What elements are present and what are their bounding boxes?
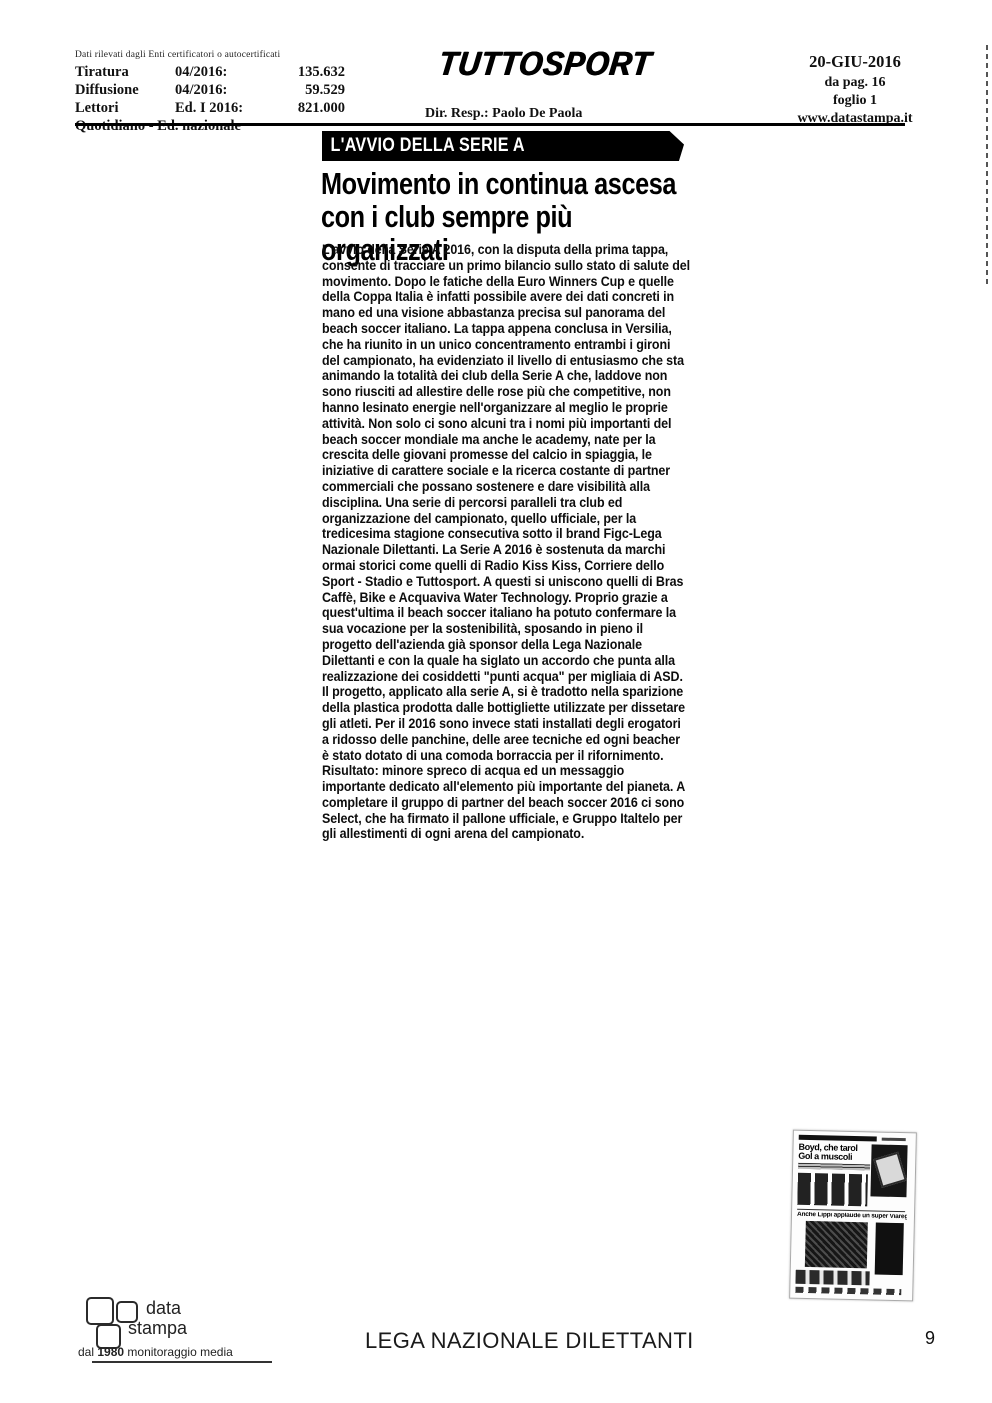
metric-period: 04/2016: — [175, 81, 275, 99]
datastampa-tagline: dal 1980 monitoraggio media — [78, 1345, 233, 1359]
tagline-suffix: monitoraggio media — [124, 1345, 233, 1359]
thumb-photo-top — [870, 1144, 907, 1197]
metric-period: Ed. I 2016: — [175, 99, 275, 117]
metric-label: Diffusione — [75, 81, 175, 99]
clipping-date: 20-GIU-2016 — [780, 52, 930, 72]
datastampa-logo-square-1 — [86, 1297, 114, 1325]
metric-label: Tiratura — [75, 63, 175, 81]
director-line: Dir. Resp.: Paolo De Paola — [425, 106, 582, 122]
client-name: LEGA NAZIONALE DILETTANTI — [365, 1328, 694, 1354]
source-page-thumbnail: Boyd, che tarol Gol a muscoli Anche Lipp… — [789, 1130, 917, 1302]
source-page-ref: da pag. 16 — [780, 74, 930, 92]
thumb-masthead-bar-right — [882, 1138, 906, 1142]
sheet-ref: foglio 1 — [780, 92, 930, 110]
metric-row: Lettori Ed. I 2016: 821.000 — [75, 99, 375, 117]
kicker-label: L'AVVIO DELLA SERIE A — [322, 135, 525, 157]
press-clipping-page: Dati rilevati dagli Enti certificatori o… — [0, 0, 992, 1403]
dossier-page-number: 9 — [925, 1328, 935, 1349]
circulation-metrics: Tiratura 04/2016: 135.632 Diffusione 04/… — [75, 63, 375, 117]
thumb-lower-blocks — [795, 1270, 869, 1286]
metric-value: 59.529 — [275, 81, 345, 99]
article-body-text: L'avvio della Serie A 2016, con la dispu… — [322, 242, 690, 842]
thumb-photo-bottom — [805, 1221, 868, 1268]
scan-edge-artifact — [986, 45, 988, 285]
certification-note: Dati rilevati dagli Enti certificatori o… — [75, 50, 375, 60]
thumb-photo-top-inner — [873, 1152, 907, 1188]
metric-period: 04/2016: — [175, 63, 275, 81]
kicker-banner: L'AVVIO DELLA SERIE A — [322, 131, 684, 161]
metric-row: Tiratura 04/2016: 135.632 — [75, 63, 375, 81]
thumb-headline-top: Boyd, che tarol Gol a muscoli — [798, 1143, 868, 1163]
thumb-headline-bottom: Anche Lippi applaude un super Viareggio — [797, 1212, 907, 1221]
thumb-footer-blocks — [795, 1287, 901, 1295]
datastampa-logo-word-stampa: stampa — [128, 1318, 187, 1339]
metric-row: Diffusione 04/2016: 59.529 — [75, 81, 375, 99]
header-divider — [75, 123, 905, 126]
clipping-meta-block: 20-GIU-2016 da pag. 16 foglio 1 www.data… — [780, 52, 930, 128]
metric-value: 135.632 — [275, 63, 345, 81]
tagline-underline — [92, 1361, 272, 1363]
metric-value: 821.000 — [275, 99, 345, 117]
datastampa-logo-word-data: data — [146, 1298, 181, 1319]
metric-label: Lettori — [75, 99, 175, 117]
thumb-sidebar-block — [875, 1223, 904, 1276]
tagline-prefix: dal — [78, 1345, 97, 1359]
tagline-year: 1980 — [97, 1345, 124, 1359]
thumb-text-columns — [797, 1173, 868, 1207]
thumb-subhead-texture — [798, 1163, 870, 1171]
thumb-masthead-bar — [799, 1135, 877, 1142]
tuttosport-logo: TUTTOSPORT — [428, 46, 663, 84]
